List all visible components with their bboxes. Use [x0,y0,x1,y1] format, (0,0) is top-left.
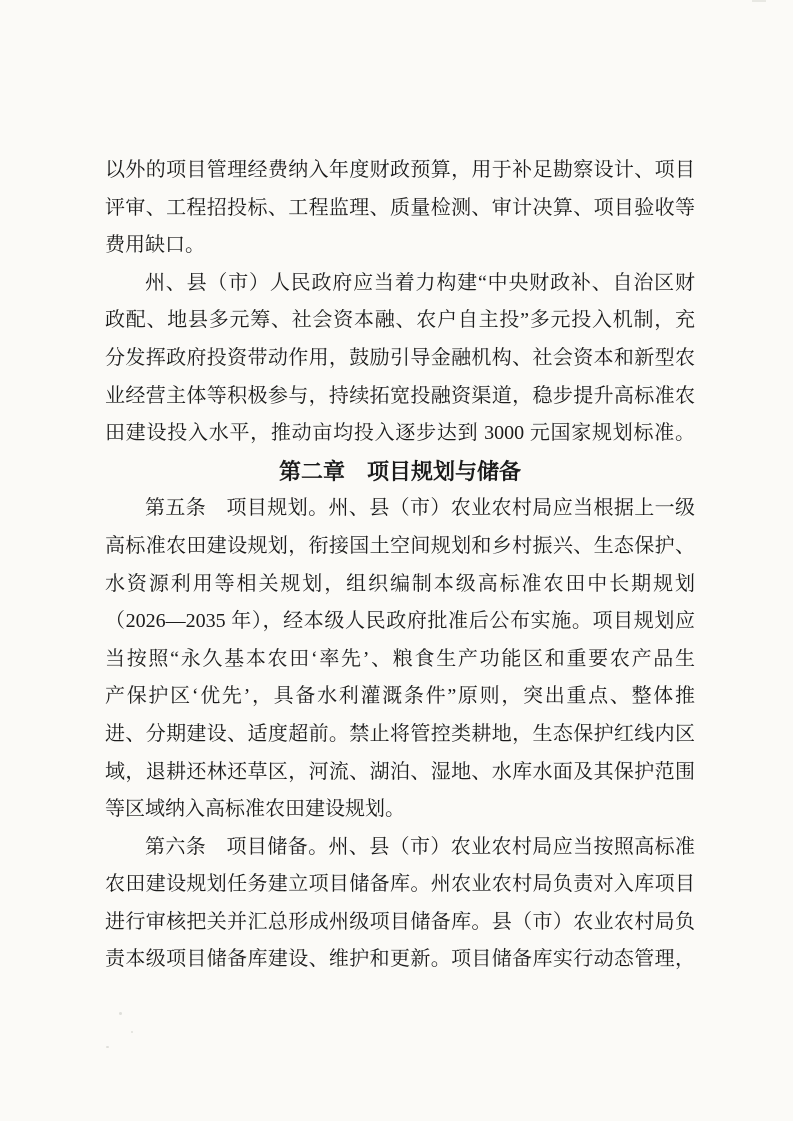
text-line: 费用缺口。 [105,227,695,265]
text-line: 进行审核把关并汇总形成州级项目储备库。县（市）农业农村局负 [105,904,695,942]
text-line: 以外的项目管理经费纳入年度财政预算，用于补足勘察设计、项目 [105,152,695,190]
chapter-2-heading: 第二章 项目规划与储备 [105,453,695,491]
text-line: 进、分期建设、适度超前。禁止将管控类耕地，生态保护红线内区 [105,716,695,754]
text-line: 分发挥政府投资带动作用，鼓励引导金融机构、社会资本和新型农 [105,340,695,378]
text-line: 水资源利用等相关规划，组织编制本级高标准农田中长期规划 [105,566,695,604]
text-line: 田建设投入水平，推动亩均投入逐步达到 3000 元国家规划标准。 [105,415,695,453]
text-line: 评审、工程招投标、工程监理、质量检测、审计决算、项目验收等 [105,190,695,228]
text-line: 政配、地县多元筹、社会资本融、农户自主投”多元投入机制，充 [105,302,695,340]
scan-speckle [119,1012,122,1015]
text-line: 州、县（市）人民政府应当着力构建“中央财政补、自治区财 [105,265,695,303]
text-line: 产保护区‘优先’，具备水利灌溉条件”原则，突出重点、整体推 [105,678,695,716]
text-line: 高标准农田建设规划，衔接国土空间规划和乡村振兴、生态保护、 [105,528,695,566]
document-body: 以外的项目管理经费纳入年度财政预算，用于补足勘察设计、项目评审、工程招投标、工程… [105,152,695,979]
text-line: 域，退耕还林还草区，河流、湖泊、湿地、水库水面及其保护范围 [105,754,695,792]
text-line: 当按照“永久基本农田‘率先’、粮食生产功能区和重要农产品生 [105,641,695,679]
scan-speckle [752,0,766,2]
text-line: 等区域纳入高标准农田建设规划。 [105,791,695,829]
text-line: （2026—2035 年），经本级人民政府批准后公布实施。项目规划应 [105,603,695,641]
document-page: 以外的项目管理经费纳入年度财政预算，用于补足勘察设计、项目评审、工程招投标、工程… [0,0,793,1121]
scan-speckle [106,1046,109,1048]
scan-speckle [131,1031,133,1033]
text-line: 农田建设规划任务建立项目储备库。州农业农村局负责对入库项目 [105,866,695,904]
text-line: 业经营主体等积极参与，持续拓宽投融资渠道，稳步提升高标准农 [105,378,695,416]
text-line: 责本级项目储备库建设、维护和更新。项目储备库实行动态管理， [105,941,695,979]
text-line: 第五条 项目规划。州、县（市）农业农村局应当根据上一级 [105,490,695,528]
text-line: 第六条 项目储备。州、县（市）农业农村局应当按照高标准 [105,829,695,867]
